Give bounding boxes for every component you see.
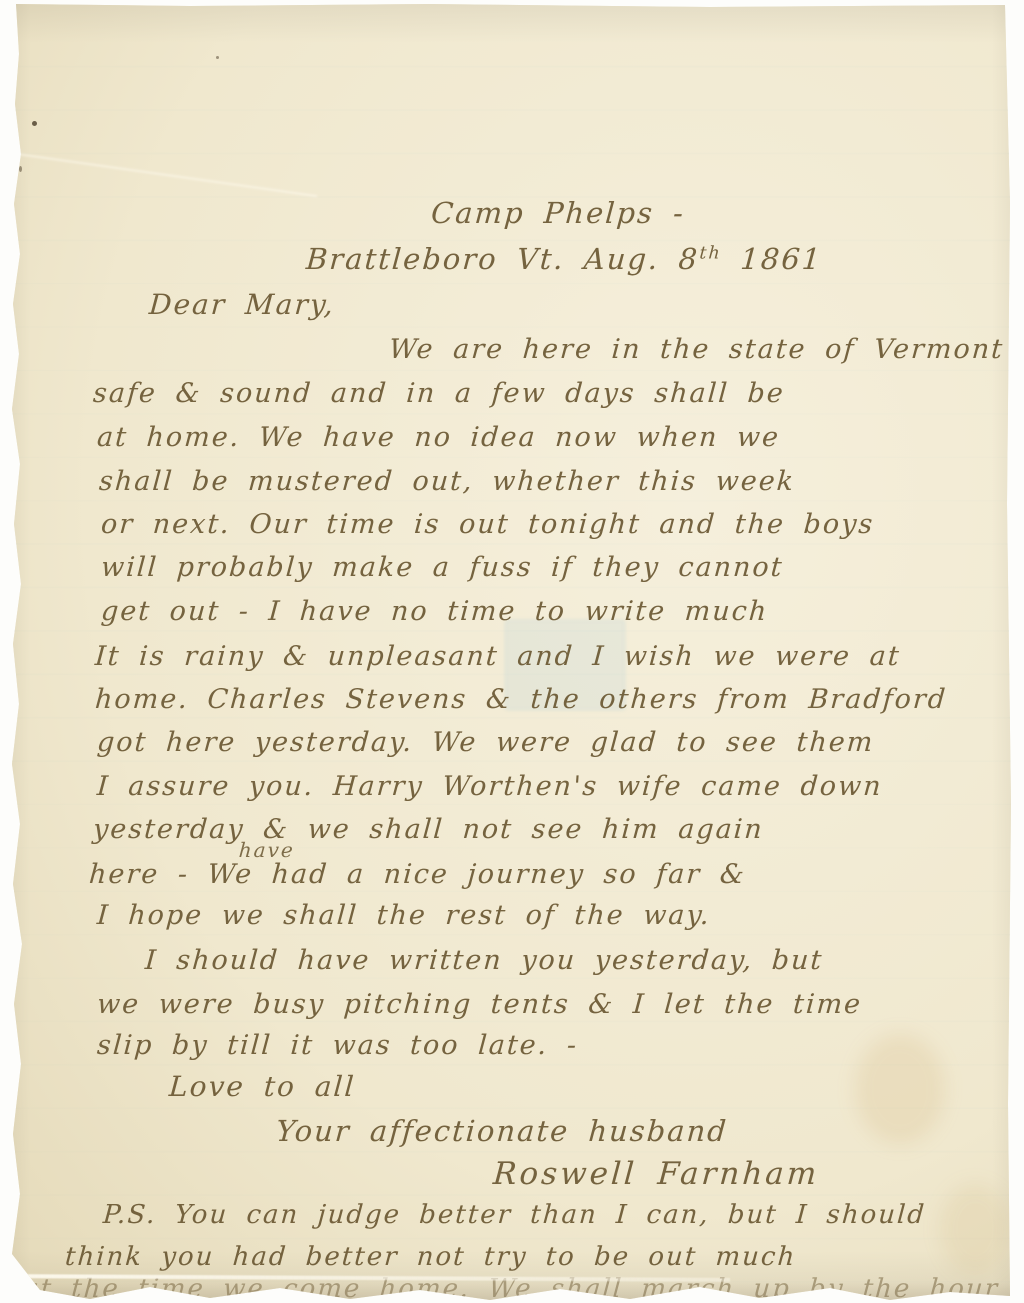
letter-line: here - We had a nice journey so far & [88, 859, 747, 890]
letter-heading-place: Camp Phelps - [430, 196, 686, 230]
ink-speck [32, 121, 37, 126]
letter-line: get out - I have no time to write much [100, 596, 769, 627]
date-ordinal-suffix: th [699, 243, 723, 263]
letter-line: we were busy pitching tents & I let the … [96, 989, 863, 1020]
ink-speck [216, 56, 219, 59]
inserted-word: have [238, 838, 296, 862]
date-text: Brattleboro Vt. Aug. 8 [305, 242, 700, 276]
paper-tear-shadow [10, 1282, 1012, 1303]
letter-valediction: Your affectionate husband [275, 1114, 729, 1148]
letter-line: slip by till it was too late. - [96, 1030, 579, 1061]
scanned-letter-screenshot: { "colors": { "paper": "#efe8d0", "ink":… [0, 0, 1024, 1303]
letter-line: home. Charles Stevens & the others from … [94, 684, 948, 715]
letter-page: Camp Phelps - Brattleboro Vt. Aug. 8th 1… [10, 4, 1012, 1303]
letter-line: We are here in the state of Vermont [388, 334, 1005, 365]
letter-closing-love: Love to all [168, 1070, 357, 1103]
letter-line: I hope we shall the rest of the way. [96, 900, 712, 931]
date-year: 1861 [720, 242, 823, 276]
postscript-line: think you had better not try to be out m… [64, 1242, 797, 1272]
letter-salutation: Dear Mary, [148, 288, 336, 321]
letter-line: I assure you. Harry Worthen's wife came … [96, 771, 884, 802]
letter-line: got here yesterday. We were glad to see … [96, 727, 875, 758]
letter-line: safe & sound and in a few days shall be [92, 378, 786, 409]
letter-signature: Roswell Farnham [492, 1156, 821, 1192]
letter-line: yesterday & we shall not see him again [92, 814, 765, 845]
paper-crease [10, 152, 317, 197]
paper-stain [855, 1034, 945, 1144]
letter-line: or next. Our time is out tonight and the… [100, 509, 875, 540]
letter-line: at home. We have no idea now when we [96, 422, 781, 453]
letter-heading-date: Brattleboro Vt. Aug. 8th 1861 [305, 242, 824, 276]
letter-line: It is rainy & unpleasant and I wish we w… [94, 641, 902, 672]
letter-line: shall be mustered out, whether this week [98, 466, 796, 497]
postscript-line: P.S. You can judge better than I can, bu… [102, 1200, 927, 1230]
letter-line: I should have written you yesterday, but [144, 945, 824, 976]
letter-line: will probably make a fuss if they cannot [100, 552, 785, 583]
ink-speck [19, 166, 22, 172]
paper-stain [940, 1184, 1010, 1274]
